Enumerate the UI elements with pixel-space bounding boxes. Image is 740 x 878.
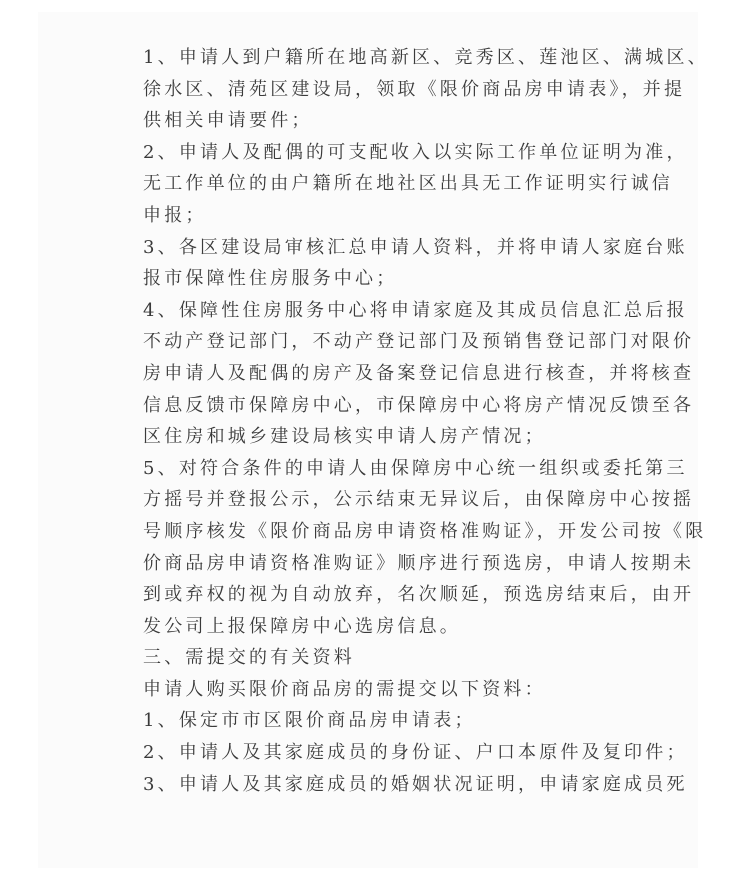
- text-line: 价商品房申请资格准购证》顺序进行预选房，申请人按期未: [143, 548, 613, 580]
- text-line: 申报；: [143, 200, 613, 232]
- text-line: 发公司上报保障房中心选房信息。: [143, 611, 613, 643]
- text-line: 3、各区建设局审核汇总申请人资料，并将申请人家庭台账: [143, 232, 613, 264]
- text-line: 申请人购买限价商品房的需提交以下资料：: [143, 674, 613, 706]
- section-heading: 三、需提交的有关资料: [143, 642, 613, 674]
- text-line: 4、保障性住房服务中心将申请家庭及其成员信息汇总后报: [143, 295, 613, 327]
- text-line: 房申请人及配偶的房产及备案登记信息进行核查，并将核查: [143, 358, 613, 390]
- text-line: 无工作单位的由户籍所在地社区出具无工作证明实行诚信: [143, 168, 613, 200]
- text-line: 号顺序核发《限价商品房申请资格准购证》，开发公司按《限: [143, 516, 613, 548]
- text-line: 报市保障性住房服务中心；: [143, 263, 613, 295]
- text-line: 供相关申请要件；: [143, 105, 613, 137]
- text-line: 3、申请人及其家庭成员的婚姻状况证明，申请家庭成员死: [143, 769, 613, 801]
- text-line: 区住房和城乡建设局核实申请人房产情况；: [143, 421, 613, 453]
- text-line: 2、申请人及其家庭成员的身份证、户口本原件及复印件；: [143, 737, 613, 769]
- text-line: 徐水区、清苑区建设局，领取《限价商品房申请表》，并提: [143, 74, 613, 106]
- text-line: 信息反馈市保障房中心，市保障房中心将房产情况反馈至各: [143, 390, 613, 422]
- text-line: 方摇号并登报公示，公示结束无异议后，由保障房中心按摇: [143, 484, 613, 516]
- text-line: 1、保定市市区限价商品房申请表；: [143, 705, 613, 737]
- text-line: 2、申请人及配偶的可支配收入以实际工作单位证明为准，: [143, 137, 613, 169]
- document-body: 1、申请人到户籍所在地高新区、竞秀区、莲池区、满城区、 徐水区、清苑区建设局，领…: [143, 42, 613, 800]
- text-line: 到或弃权的视为自动放弃，名次顺延，预选房结束后，由开: [143, 579, 613, 611]
- text-line: 不动产登记部门，不动产登记部门及预销售登记部门对限价: [143, 326, 613, 358]
- text-line: 1、申请人到户籍所在地高新区、竞秀区、莲池区、满城区、: [143, 42, 613, 74]
- text-line: 5、对符合条件的申请人由保障房中心统一组织或委托第三: [143, 453, 613, 485]
